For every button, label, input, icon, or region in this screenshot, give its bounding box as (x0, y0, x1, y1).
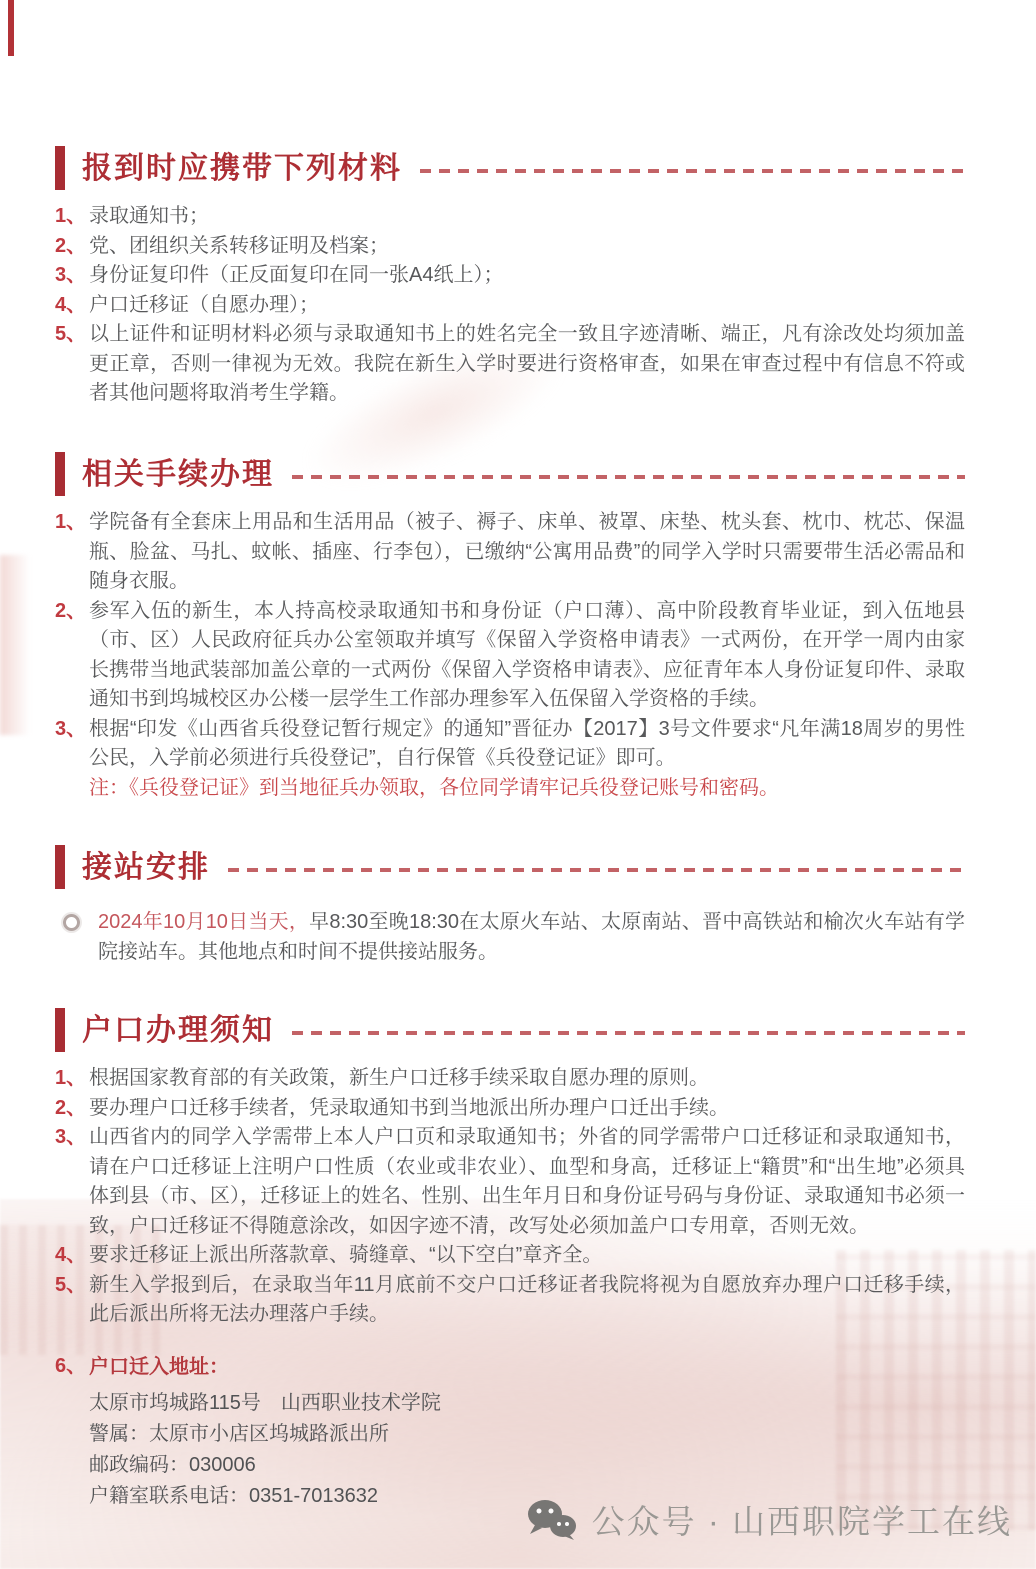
section-marker-bar (55, 845, 65, 889)
address-label: 户口迁入地址： (89, 1352, 965, 1382)
dashed-line (228, 868, 965, 872)
pickup-date: 2024年10月10日当天， (98, 911, 309, 933)
list-item: 2、 参军入伍的新生，本人持高校录取通知书和身份证（户口薄）、高中阶段教育毕业证… (55, 597, 965, 715)
dashed-line (292, 1031, 965, 1035)
item-text: 户口迁移证（自愿办理）； (89, 291, 965, 321)
list-item-note: 注：《兵役登记证》到当地征兵办领取，各位同学请牢记兵役登记账号和密码。 (55, 774, 965, 804)
item-text: 党、团组织关系转移证明及档案； (89, 232, 965, 262)
item-text: 录取通知书； (89, 202, 965, 232)
item-number: 3、 (55, 1123, 89, 1241)
wechat-icon (526, 1499, 578, 1541)
item-number: 1、 (55, 1064, 89, 1094)
item-text: 参军入伍的新生，本人持高校录取通知书和身份证（户口薄）、高中阶段教育毕业证，到入… (89, 597, 965, 715)
item-number: 6、 (55, 1352, 89, 1512)
item-text: 学院备有全套床上用品和生活用品（被子、褥子、床单、被罩、床垫、枕头套、枕巾、枕芯… (89, 508, 965, 597)
list-item: 5、 以上证件和证明材料必须与录取通知书上的姓名完全一致且字迹清晰、端正，凡有涂… (55, 320, 965, 409)
item-text: 以上证件和证明材料必须与录取通知书上的姓名完全一致且字迹清晰、端正，凡有涂改处均… (89, 320, 965, 409)
hukou-list: 1、 根据国家教育部的有关政策，新生户口迁移手续采取自愿办理的原则。 2、 要办… (55, 1064, 965, 1512)
section-title: 接站安排 (82, 851, 210, 884)
item-number: 5、 (55, 320, 89, 409)
section-header: 接站安排 (55, 845, 965, 889)
item-text: 山西省内的同学入学需带上本人户口页和录取通知书；外省的同学需带户口迁移证和录取通… (89, 1123, 965, 1241)
list-item: 1、 学院备有全套床上用品和生活用品（被子、褥子、床单、被罩、床垫、枕头套、枕巾… (55, 508, 965, 597)
materials-list: 1、 录取通知书； 2、 党、团组织关系转移证明及档案； 3、 身份证复印件（正… (55, 202, 965, 409)
footer: 公众号 · 山西职院学工在线 (526, 1496, 1012, 1543)
item-text: 根据国家教育部的有关政策，新生户口迁移手续采取自愿办理的原则。 (89, 1064, 965, 1094)
item-number: 2、 (55, 232, 89, 262)
list-item: 3、 根据“印发《山西省兵役登记暂行规定》的通知”晋征办【2017】3号文件要求… (55, 715, 965, 774)
dashed-line (292, 475, 965, 479)
section-marker-bar (55, 1008, 65, 1052)
section-title: 相关手续办理 (82, 458, 274, 491)
item-number: 4、 (55, 1241, 89, 1271)
item-number: 2、 (55, 597, 89, 715)
document-page: 报到时应携带下列材料 1、 录取通知书； 2、 党、团组织关系转移证明及档案； … (0, 0, 1036, 1569)
section-procedures: 相关手续办理 1、 学院备有全套床上用品和生活用品（被子、褥子、床单、被罩、床垫… (55, 452, 965, 803)
section-pickup: 接站安排 2024年10月10日当天，早8:30至晚18:30在太原火车站、太原… (55, 845, 965, 967)
item-number: 2、 (55, 1094, 89, 1124)
item-text: 新生入学报到后，在录取当年11月底前不交户口迁移证者我院将视为自愿放弃办理户口迁… (89, 1271, 965, 1330)
circle-bullet-icon (63, 914, 80, 931)
section-title: 户口办理须知 (82, 1014, 274, 1047)
section-hukou: 户口办理须知 1、 根据国家教育部的有关政策，新生户口迁移手续采取自愿办理的原则… (55, 1008, 965, 1512)
section-header: 户口办理须知 (55, 1008, 965, 1052)
section-title: 报到时应携带下列材料 (82, 152, 402, 185)
list-item: 3、 山西省内的同学入学需带上本人户口页和录取通知书；外省的同学需带户口迁移证和… (55, 1123, 965, 1241)
section-marker-bar (55, 452, 65, 496)
list-item: 4、 户口迁移证（自愿办理）； (55, 291, 965, 321)
item-text: 要求迁移证上派出所落款章、骑缝章、“以下空白”章齐全。 (89, 1241, 965, 1271)
list-item: 1、 录取通知书； (55, 202, 965, 232)
list-item: 2、 要办理户口迁移手续者，凭录取通知书到当地派出所办理户口迁出手续。 (55, 1094, 965, 1124)
address-line: 警属：太原市小店区坞城路派出所 (89, 1419, 965, 1450)
item-number: 1、 (55, 202, 89, 232)
item-number: 4、 (55, 291, 89, 321)
item-number (55, 774, 89, 804)
section-marker-bar (55, 146, 65, 190)
section-materials: 报到时应携带下列材料 1、 录取通知书； 2、 党、团组织关系转移证明及档案； … (55, 146, 965, 409)
address-lines: 户口迁入地址： 太原市坞城路115号 山西职业技术学院 警属：太原市小店区坞城路… (89, 1352, 965, 1512)
list-item: 3、 身份证复印件（正反面复印在同一张A4纸上）； (55, 261, 965, 291)
item-text: 根据“印发《山西省兵役登记暂行规定》的通知”晋征办【2017】3号文件要求“凡年… (89, 715, 965, 774)
list-item: 4、 要求迁移证上派出所落款章、骑缝章、“以下空白”章齐全。 (55, 1241, 965, 1271)
item-text: 要办理户口迁移手续者，凭录取通知书到当地派出所办理户口迁出手续。 (89, 1094, 965, 1124)
section-header: 报到时应携带下列材料 (55, 146, 965, 190)
list-item: 1、 根据国家教育部的有关政策，新生户口迁移手续采取自愿办理的原则。 (55, 1064, 965, 1094)
item-number: 1、 (55, 508, 89, 597)
item-number: 3、 (55, 715, 89, 774)
procedures-list: 1、 学院备有全套床上用品和生活用品（被子、褥子、床单、被罩、床垫、枕头套、枕巾… (55, 508, 965, 803)
item-text: 身份证复印件（正反面复印在同一张A4纸上）； (89, 261, 965, 291)
footer-label: 公众号 · 山西职院学工在线 (592, 1496, 1012, 1543)
section-header: 相关手续办理 (55, 452, 965, 496)
address-block: 6、 户口迁入地址： 太原市坞城路115号 山西职业技术学院 警属：太原市小店区… (55, 1352, 965, 1512)
item-number: 5、 (55, 1271, 89, 1330)
dashed-line (420, 169, 965, 173)
address-line: 邮政编码：030006 (89, 1450, 965, 1481)
page-corner-mark (8, 0, 14, 56)
list-item: 5、 新生入学报到后，在录取当年11月底前不交户口迁移证者我院将视为自愿放弃办理… (55, 1271, 965, 1330)
pickup-text: 2024年10月10日当天，早8:30至晚18:30在太原火车站、太原南站、晋中… (98, 907, 965, 967)
conscription-note: 注：《兵役登记证》到当地征兵办领取，各位同学请牢记兵役登记账号和密码。 (89, 774, 965, 804)
item-number: 3、 (55, 261, 89, 291)
pickup-info: 2024年10月10日当天，早8:30至晚18:30在太原火车站、太原南站、晋中… (55, 907, 965, 967)
list-item: 2、 党、团组织关系转移证明及档案； (55, 232, 965, 262)
background-watermark (0, 555, 30, 735)
address-line: 太原市坞城路115号 山西职业技术学院 (89, 1388, 965, 1419)
